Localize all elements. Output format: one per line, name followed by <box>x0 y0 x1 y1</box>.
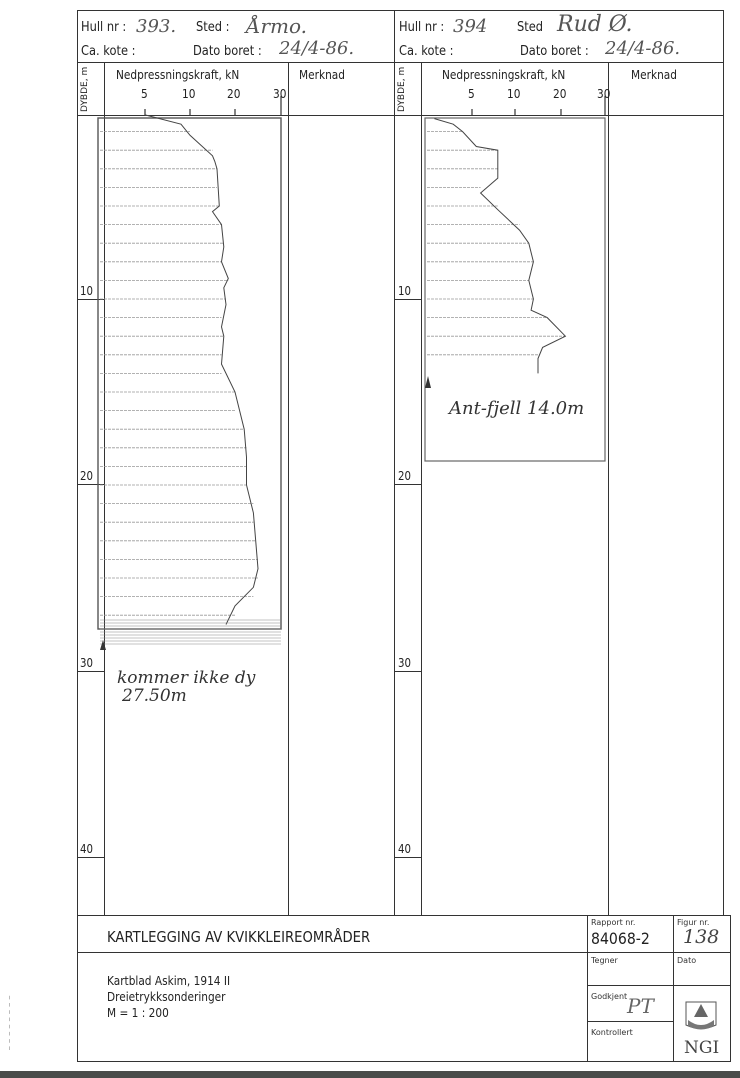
godkjent-initials: PT <box>627 994 654 1018</box>
tegner-label: Tegner <box>591 956 618 965</box>
method: Dreietrykksonderinger <box>107 990 225 1004</box>
figur-nr: 138 <box>683 926 719 948</box>
scale: M = 1 : 200 <box>107 1006 169 1020</box>
left-hard-layer-hatch <box>100 620 281 644</box>
force-axis-ticks <box>145 96 605 115</box>
godkjent-label: Godkjent <box>591 992 627 1001</box>
right-stop-arrow-icon <box>425 376 431 388</box>
right-force-trace <box>434 119 565 374</box>
rapport-label: Rapport nr. <box>591 918 635 927</box>
left-force-trace <box>145 115 258 625</box>
left-rod-lines <box>100 132 258 616</box>
right-rod-lines <box>427 132 565 355</box>
rapport-nr: 84068-2 <box>591 929 650 948</box>
left-stop-depth-annotation: 27.50m <box>122 686 187 706</box>
sounding-charts <box>0 0 740 1078</box>
ngi-logo-text: NGI <box>684 1038 719 1058</box>
dato-label: Dato <box>677 956 696 965</box>
viewer-bottom-bar <box>0 1071 740 1078</box>
kontrollert-label: Kontrollert <box>591 1028 633 1037</box>
map-sheet: Kartblad Askim, 1914 II <box>107 974 230 988</box>
ngi-logo-icon <box>686 1002 716 1030</box>
left-stop-arrow-icon <box>100 640 106 650</box>
project-title: KARTLEGGING AV KVIKKLEIREOMRÅDER <box>107 928 370 946</box>
print-margin-text: — — — — — — — — <box>6 996 13 1050</box>
right-rock-annotation: Ant-fjell 14.0m <box>449 398 584 419</box>
left-stop-annotation: kommer ikke dy <box>117 668 255 688</box>
